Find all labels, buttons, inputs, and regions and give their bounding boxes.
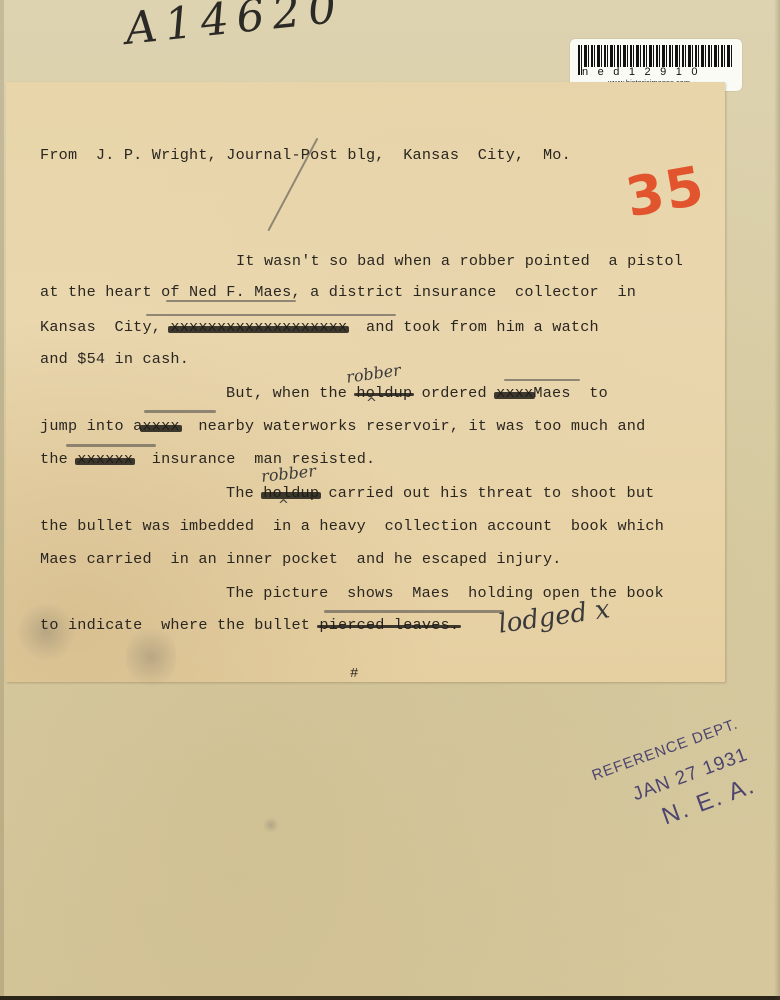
text: the (40, 450, 77, 468)
pencil-underline (166, 300, 296, 302)
reference-dept-stamp: REFERENCE DEPT. JAN 27 1931 N. E. A. (565, 662, 779, 846)
text: ordered (412, 384, 496, 402)
struck-text: holdup (356, 384, 412, 402)
struck-text: xxxx (496, 384, 533, 402)
paragraph-2-line-1: But, when the holdup ordered xxxxMaes to (226, 384, 608, 402)
struck-text: xxxxxxxxxxxxxxxxxxx (170, 318, 347, 336)
smudge (262, 818, 280, 832)
text: But, when the (226, 384, 356, 402)
struck-text: holdup (263, 484, 319, 502)
handwritten-insertion: robber (345, 360, 402, 386)
pencil-overline (504, 379, 580, 381)
text: jump into a (40, 417, 142, 435)
typed-caption-sheet: From J. P. Wright, Journal-Post blg, Kan… (6, 82, 725, 682)
text: The (226, 484, 263, 502)
paragraph-1-line-4: and $54 in cash. (40, 350, 189, 368)
struck-text: xxxxxx (77, 450, 133, 468)
text: nearby waterworks reservoir, it was too … (180, 417, 646, 435)
photo-mount-backing: A14620 ned12910 www.historicimages.com F… (0, 0, 780, 1000)
paragraph-2-line-2: jump into axxxx nearby waterworks reserv… (40, 417, 645, 435)
paragraph-2-line-3: the xxxxxx insurance man resisted. (40, 450, 375, 468)
pencil-overline (144, 410, 216, 413)
person-name: Ned F. Maes, (189, 283, 301, 301)
text: at the heart of (40, 283, 189, 301)
text: carried out his threat to shoot but (319, 484, 654, 502)
text: to indicate where the bullet (40, 616, 319, 634)
struck-text: xxxx (142, 417, 179, 435)
end-mark: # (350, 666, 358, 682)
pencil-overline (66, 444, 156, 447)
text: a district insurance collector in (301, 283, 636, 301)
paragraph-3-line-3: Maes carried in an inner pocket and he e… (40, 550, 562, 568)
paragraph-1-line-1: It wasn't so bad when a robber pointed a… (236, 252, 683, 270)
paragraph-1-line-2: at the heart of Ned F. Maes, a district … (40, 283, 636, 301)
struck-text: pierced leaves. (319, 616, 459, 634)
text: insurance man resisted. (133, 450, 375, 468)
pencil-underline (146, 314, 396, 316)
text: and took from him a watch (347, 318, 598, 336)
pencil-overline (324, 610, 504, 613)
handwritten-archive-number: A14620 (123, 0, 347, 55)
paragraph-3-line-2: the bullet was imbedded in a heavy colle… (40, 517, 664, 535)
paragraph-1-line-3: Kansas City, xxxxxxxxxxxxxxxxxxx and too… (40, 318, 599, 336)
mount-edge (774, 0, 780, 1000)
paragraph-3-line-1: The holdup carried out his threat to sho… (226, 484, 654, 502)
paragraph-4-line-2: to indicate where the bullet pierced lea… (40, 616, 459, 634)
text: Kansas City, (40, 318, 170, 336)
text: Maes to (533, 384, 608, 402)
barcode-code: ned12910 (582, 67, 732, 78)
